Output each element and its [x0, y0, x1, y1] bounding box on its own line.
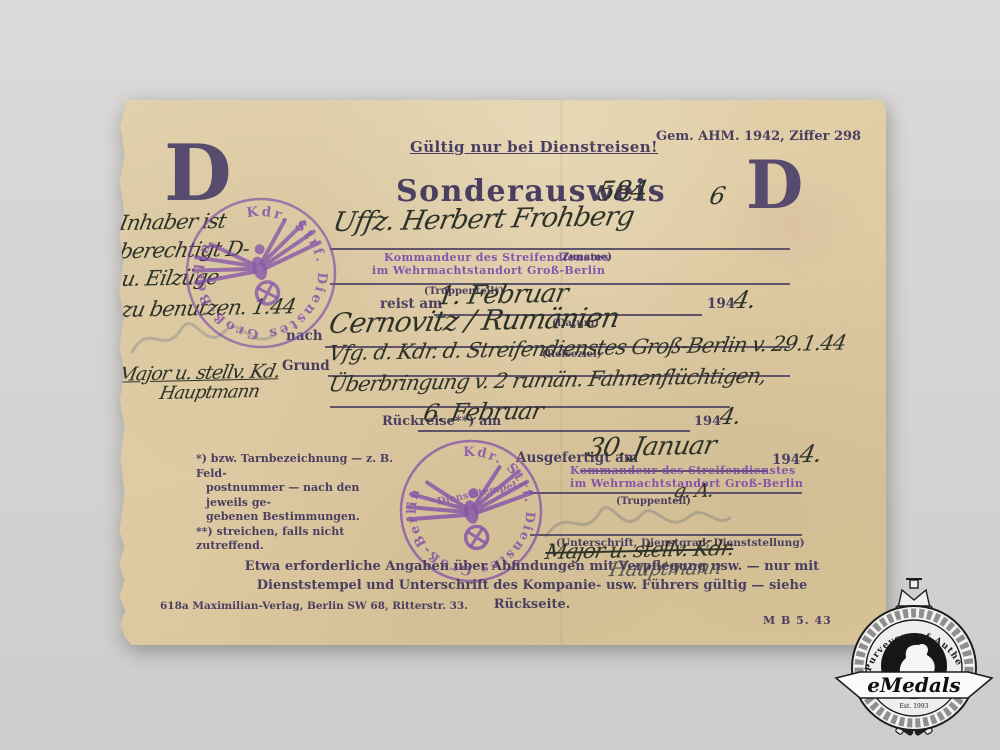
sonderausweis-document: Gültig nur bei Dienstreisen! Gem. AHM. 1… — [118, 100, 886, 645]
unit-stamp-line1: Kommandeur des Streifendienstes — [570, 464, 796, 477]
unit-stamp-line2: im Wehrmachtstandort Groß-Berlin — [372, 264, 605, 277]
name-field-value: Uffz. Herbert Frohberg — [330, 201, 636, 238]
form-code: M B 5. 43 — [763, 614, 832, 627]
regulation-reference: Gem. AHM. 1942, Ziffer 298 — [656, 129, 861, 144]
travel-year-suffix: 4. — [731, 286, 757, 314]
margin-rank-added: Hauptmann — [158, 381, 261, 404]
publisher-imprint: 618a Maximilian-Verlag, Berlin SW 68, Ri… — [160, 600, 468, 612]
brand-banner: eMedals — [836, 672, 992, 698]
established-text: Est. 1993 — [900, 703, 929, 710]
brand-name: eMedals — [867, 673, 960, 697]
photo-backdrop: Gültig nur bei Dienstreisen! Gem. AHM. 1… — [0, 0, 1000, 750]
emedals-watermark-logo: Purveyors of Authentic Militaria eMedals… — [830, 578, 998, 750]
reason-line2: Überbringung v. 2 rumän. Fahnenflüchtige… — [327, 363, 768, 396]
footnote-line: **) streichen, falls nicht zutreffend. — [196, 525, 396, 554]
document-photo: Gültig nur bei Dienstreisen! Gem. AHM. 1… — [118, 100, 886, 645]
footnotes-block: *) bzw. Tarnbezeichnung — z. B. Feld- po… — [196, 452, 396, 554]
footnote-line: postnummer — nach den jeweils ge- — [196, 481, 396, 510]
form-line — [330, 248, 790, 250]
destination-value: Cernovitz / Rumänien — [326, 301, 622, 340]
validity-notice: Gültig nur bei Dienstreisen! — [410, 138, 658, 156]
letter-d-right: D — [746, 146, 803, 224]
footnote-line: gebenen Bestimmungen. — [196, 510, 396, 525]
name-caption-tail: Zuname) — [562, 252, 612, 263]
issue-date-value: 30. Januar — [585, 431, 718, 464]
footnote-line: *) bzw. Tarnbezeichnung — z. B. Feld- — [196, 452, 396, 481]
form-line — [530, 534, 802, 536]
bottom-notice-line1: Etwa erforderliche Angaben über Abfindun… — [218, 558, 846, 577]
form-line — [530, 492, 802, 494]
return-year-suffix: 4. — [717, 404, 742, 430]
issue-year-suffix: 4. — [797, 440, 823, 468]
year-printed: 194 — [707, 296, 735, 312]
